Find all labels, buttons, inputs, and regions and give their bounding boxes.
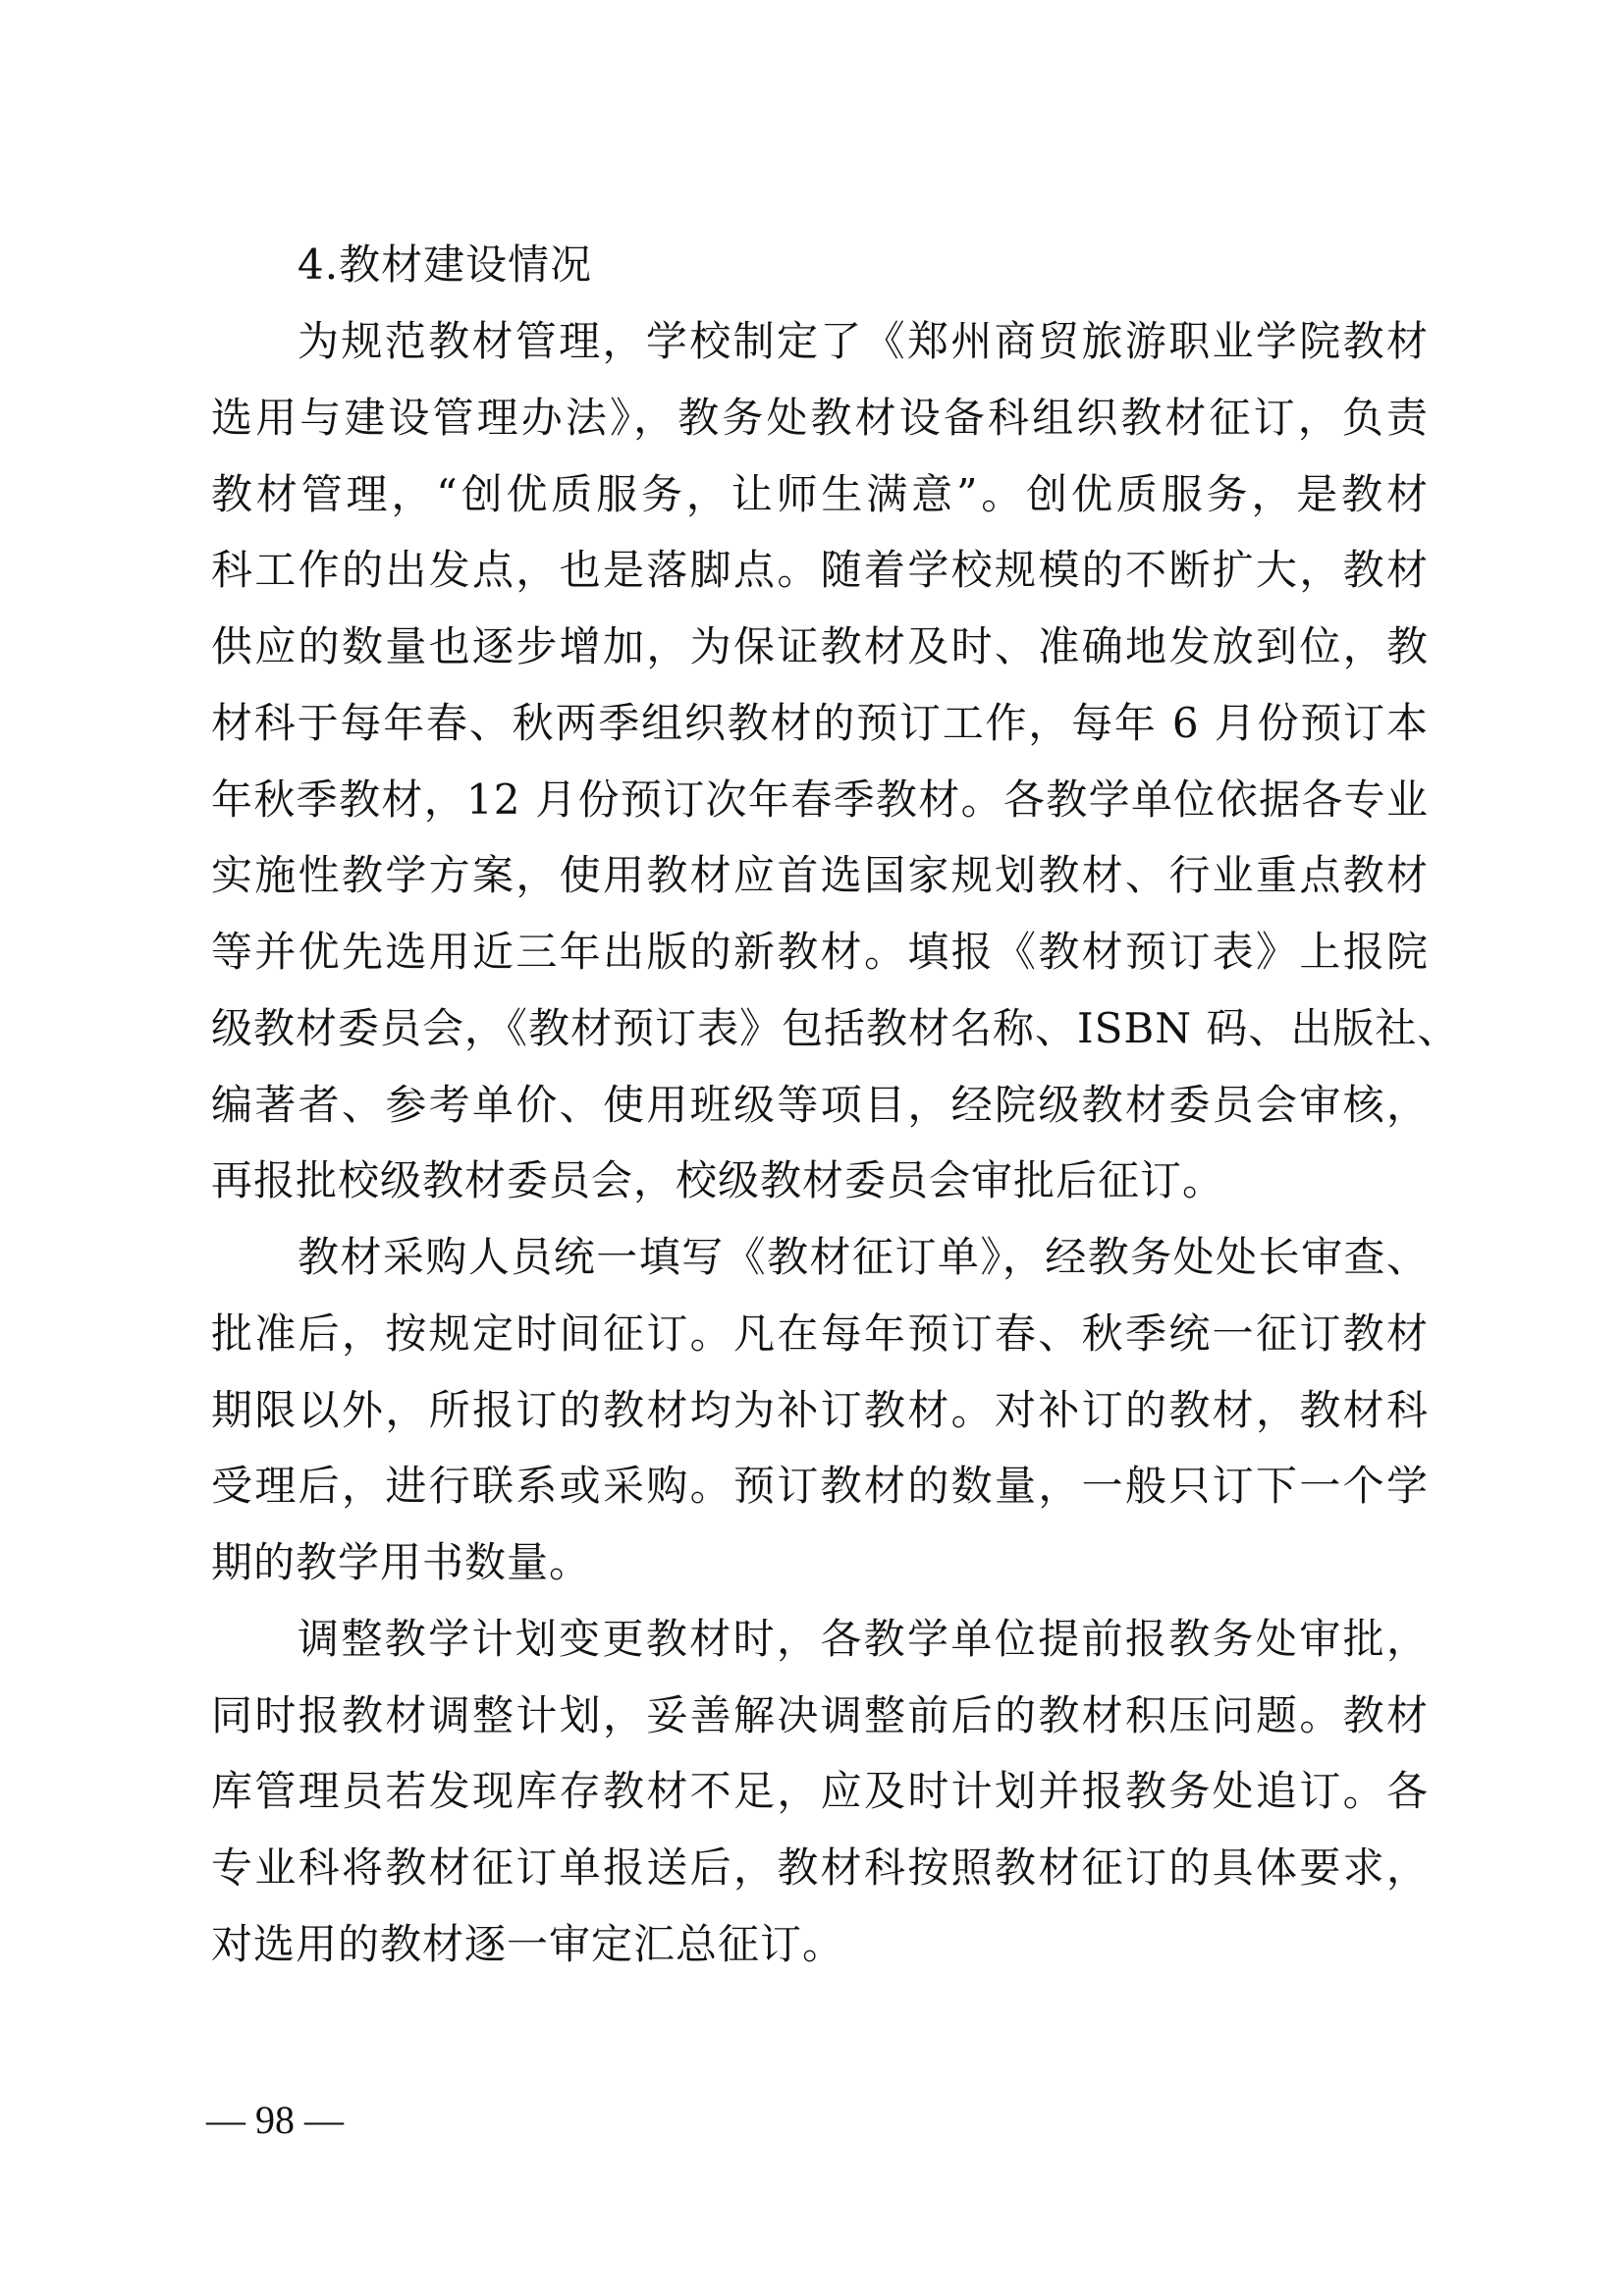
paragraph-line: 供应的数量也逐步增加，为保证教材及时、准确地发放到位，教 <box>211 609 1429 685</box>
paragraph-line: 级教材委员会，《教材预订表》包括教材名称、ISBN 码、出版社、 <box>211 990 1429 1067</box>
paragraph-line: 同时报教材调整计划，妥善解决调整前后的教材积压问题。教材 <box>211 1678 1429 1754</box>
paragraph-line: 实施性教学方案，使用教材应首选国家规划教材、行业重点教材 <box>211 837 1429 914</box>
page-number: — 98 — <box>206 2096 344 2145</box>
paragraph-line: 教材采购人员统一填写《教材征订单》，经教务处处长审查、 <box>298 1219 1429 1296</box>
paragraph-line: 教材管理，“创优质服务，让师生满意”。创优质服务，是教材 <box>211 456 1429 533</box>
paragraph-line: 期的教学用书数量。 <box>211 1524 1429 1601</box>
paragraph-line: 年秋季教材，12 月份预订次年春季教材。各教学单位依据各专业 <box>211 762 1429 838</box>
paragraph-line: 选用与建设管理办法》，教务处教材设备科组织教材征订，负责 <box>211 380 1429 456</box>
paragraph-line: 库管理员若发现库存教材不足，应及时计划并报教务处追订。各 <box>211 1753 1429 1830</box>
paragraph-line: 受理后，进行联系或采购。预订教材的数量，一般只订下一个学 <box>211 1448 1429 1524</box>
document-page: 4.教材建设情况 为规范教材管理，学校制定了《郑州商贸旅游职业学院教材 选用与建… <box>0 0 1624 2296</box>
paragraph-line: 为规范教材管理，学校制定了《郑州商贸旅游职业学院教材 <box>298 303 1429 380</box>
paragraph-line: 等并优先选用近三年出版的新教材。填报《教材预订表》上报院 <box>211 914 1429 990</box>
paragraph-line: 调整教学计划变更教材时，各教学单位提前报教务处审批， <box>298 1601 1429 1678</box>
section-heading: 4.教材建设情况 <box>298 227 592 303</box>
paragraph-line: 编著者、参考单价、使用班级等项目，经院级教材委员会审核， <box>211 1067 1429 1144</box>
paragraph-line: 科工作的出发点，也是落脚点。随着学校规模的不断扩大，教材 <box>211 532 1429 609</box>
paragraph-line: 对选用的教材逐一审定汇总征订。 <box>211 1906 1429 1983</box>
paragraph-line: 批准后，按规定时间征订。凡在每年预订春、秋季统一征订教材 <box>211 1296 1429 1372</box>
paragraph-line: 专业科将教材征订单报送后，教材科按照教材征订的具体要求， <box>211 1830 1429 1906</box>
paragraph-line: 材科于每年春、秋两季组织教材的预订工作，每年 6 月份预订本 <box>211 685 1429 762</box>
paragraph-line: 再报批校级教材委员会，校级教材委员会审批后征订。 <box>211 1143 1429 1219</box>
paragraph-line: 期限以外，所报订的教材均为补订教材。对补订的教材，教材科 <box>211 1372 1429 1449</box>
